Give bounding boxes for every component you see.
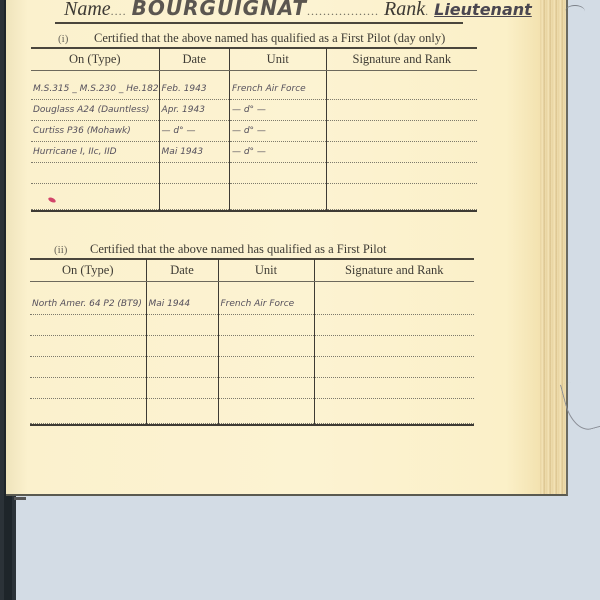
section-1-title: (i)Certified that the above named has qu… [58, 31, 445, 46]
cell-date: Mai 1943 [160, 143, 229, 163]
cell-signature [327, 122, 477, 142]
cell-type: Curtiss P36 (Mohawk) [31, 122, 159, 142]
cell-signature [315, 337, 475, 357]
name-rank-row: Name.... BOURGUIGNAT.................. R… [64, 0, 484, 21]
cell-unit: French Air Force [219, 295, 314, 315]
rank-dots: . [425, 4, 429, 18]
section-1-table: On (Type) Date Unit Signature and Rank M… [31, 48, 477, 212]
cell-unit: French Air Force [230, 80, 326, 100]
header-rule [55, 22, 463, 24]
cell-unit [219, 404, 314, 424]
cell-unit [219, 316, 314, 336]
table-row [30, 315, 474, 336]
cell-date [147, 337, 218, 357]
cell-signature [327, 190, 477, 210]
name-dots-trail: .................. [307, 4, 379, 18]
cell-unit [219, 379, 314, 399]
table-row [31, 184, 477, 211]
table-row [30, 378, 474, 399]
cell-date [160, 190, 229, 210]
cell-signature [315, 404, 475, 424]
table-row [30, 357, 474, 378]
table-row [31, 163, 477, 184]
rank-value: Lieutenant [434, 0, 532, 19]
cell-type: Hurricane I, IIc, IID [31, 143, 159, 163]
logbook-page: Name.... BOURGUIGNAT.................. R… [6, 0, 540, 496]
cell-signature [315, 358, 475, 378]
cell-unit: — d° — [230, 143, 326, 163]
section-2-header-row: On (Type) Date Unit Signature and Rank [30, 259, 474, 282]
rank-label: Rank [384, 0, 425, 20]
section-1-number: (i) [58, 33, 94, 45]
cell-signature [327, 143, 477, 163]
name-value: BOURGUIGNAT [132, 0, 307, 20]
cell-signature [327, 101, 477, 121]
cell-type [30, 379, 146, 399]
cell-unit [219, 358, 314, 378]
table-row: Douglass A24 (Dauntless) Apr. 1943 — d° … [31, 100, 477, 121]
cell-type: North Amer. 64 P2 (BT9) [30, 295, 146, 315]
col-header-date: Date [146, 259, 218, 282]
name-dots-lead: .... [111, 4, 127, 18]
cell-unit [219, 337, 314, 357]
cell-date [147, 358, 218, 378]
table-row [30, 336, 474, 357]
cell-date: Mai 1944 [147, 295, 218, 315]
corner-mark [14, 497, 26, 500]
cell-date [160, 164, 229, 184]
cell-date [147, 404, 218, 424]
table-row: Hurricane I, IIc, IID Mai 1943 — d° — [31, 142, 477, 163]
cell-unit: — d° — [230, 122, 326, 142]
section-1-header-row: On (Type) Date Unit Signature and Rank [31, 48, 477, 71]
name-label: Name [64, 0, 111, 20]
cell-date: — d° — [160, 122, 229, 142]
table-row: M.S.315 _ M.S.230 _ He.182 Feb. 1943 Fre… [31, 71, 477, 101]
section-2-title: (ii)Certified that the above named has q… [54, 242, 386, 257]
cell-signature [327, 80, 477, 100]
cell-unit: — d° — [230, 101, 326, 121]
table-row: North Amer. 64 P2 (BT9) Mai 1944 French … [30, 282, 474, 316]
cell-type [30, 404, 146, 424]
cell-date [147, 316, 218, 336]
pencil-mark-top [565, 5, 585, 18]
cell-type [30, 337, 146, 357]
col-header-unit: Unit [218, 259, 314, 282]
cell-date: Feb. 1943 [160, 80, 229, 100]
table-row [30, 399, 474, 425]
cell-type [31, 164, 159, 184]
section-2-table: On (Type) Date Unit Signature and Rank N… [30, 259, 474, 426]
cell-type: M.S.315 _ M.S.230 _ He.182 [31, 80, 159, 100]
cell-signature [327, 164, 477, 184]
cell-date: Apr. 1943 [160, 101, 229, 121]
col-header-type: On (Type) [31, 48, 159, 71]
cell-signature [315, 295, 475, 315]
col-header-date: Date [159, 48, 229, 71]
table-row: Curtiss P36 (Mohawk) — d° — — d° — [31, 121, 477, 142]
cell-signature [315, 316, 475, 336]
cell-signature [315, 379, 475, 399]
col-header-unit: Unit [229, 48, 326, 71]
section-2-number: (ii) [54, 244, 90, 256]
section-2-text: Certified that the above named has quali… [90, 242, 386, 256]
section-1-text: Certified that the above named has quali… [94, 31, 445, 45]
col-header-signature: Signature and Rank [314, 259, 474, 282]
cell-date [147, 379, 218, 399]
col-header-signature: Signature and Rank [326, 48, 477, 71]
col-header-type: On (Type) [30, 259, 146, 282]
cell-unit [230, 190, 326, 210]
page-edges [540, 0, 568, 496]
cell-type [30, 358, 146, 378]
cell-type: Douglass A24 (Dauntless) [31, 101, 159, 121]
cell-unit [230, 164, 326, 184]
cell-type [30, 316, 146, 336]
